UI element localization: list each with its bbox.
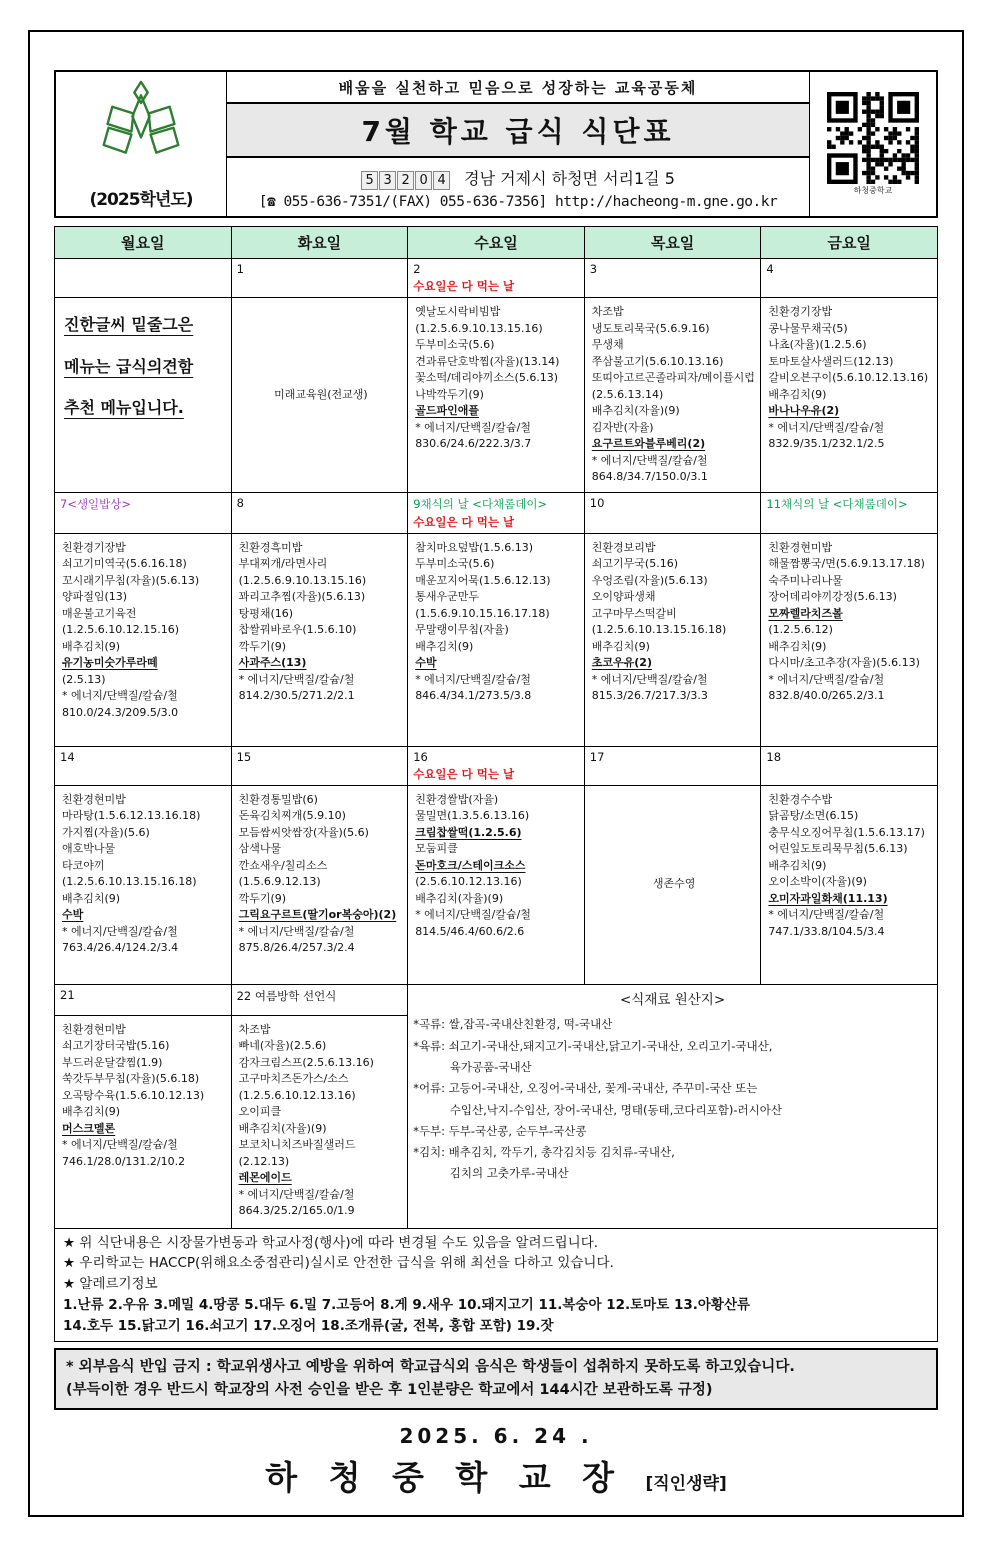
menu-item: * 에너지/단백질/칼슘/철	[415, 420, 580, 437]
origin-title: <식재료 원산지>	[413, 988, 932, 1013]
date-row: 7<생일밥상>89채식의 날 <다채롬데이>수요일은 다 먹는 날1011채식의…	[55, 492, 938, 533]
menu-item: 나쵸(자율)(1.2.5.6)	[768, 337, 933, 354]
postal-code: 53204	[361, 169, 451, 190]
menu-row: 친환경현미밥마라탕(1.5.6.12.13.16.18)가지찜(자율)(5.6)…	[55, 785, 938, 984]
menu-cell: 친환경현미밥마라탕(1.5.6.12.13.16.18)가지찜(자율)(5.6)…	[55, 785, 232, 984]
postal-digit: 0	[415, 171, 432, 190]
menu-cell: 친환경기장밥쇠고기미역국(5.6.16.18)꼬시래기무침(자율)(5.6.13…	[55, 533, 232, 746]
menu-item: 친환경현미밥	[768, 540, 933, 557]
menu-item: 옛날도시락비빔밥(1.2.5.6.9.10.13.15.16)	[415, 304, 580, 337]
origin-line: *두부: 두부-국산콩, 순두부-국산콩	[413, 1121, 932, 1142]
menu-cell: 참치마요덮밥(1.5.6.13)두부미소국(5.6)매운꼬지어묵(1.5.6.1…	[408, 533, 585, 746]
menu-item: 우엉조림(자율)(5.6.13)	[592, 573, 757, 590]
menu-item: * 에너지/단백질/칼슘/철	[415, 907, 580, 924]
menu-item: 차조밥	[239, 1022, 404, 1039]
menu-item: 832.8/40.0/265.2/3.1	[768, 688, 933, 705]
menu-item: * 에너지/단백질/칼슘/철	[62, 1137, 227, 1154]
menu-item: 물밀면(1.3.5.6.13.16)	[415, 808, 580, 825]
menu-item: 다시마/초고추장(자율)(5.6.13)	[768, 655, 933, 672]
header-center: 배움을 실천하고 믿음으로 성장하는 교육공동체 7월 학교 급식 식단표 53…	[227, 72, 809, 216]
date-cell: 18	[761, 746, 938, 785]
menu-item: * 에너지/단백질/칼슘/철	[239, 924, 404, 941]
menu-cell: 친환경보리밥쇠고기무국(5.16)우엉조림(자율)(5.6.13)오이양파생채고…	[584, 533, 761, 746]
menu-item: * 에너지/단백질/칼슘/철	[62, 924, 227, 941]
menu-item: 가지찜(자율)(5.6)	[62, 825, 227, 842]
menu-item: 탕평채(16)	[239, 606, 404, 623]
recommended-menu-item: 모짜렐라치즈볼	[768, 606, 933, 623]
date-cell: 16수요일은 다 먹는 날	[408, 746, 585, 785]
menu-item: * 에너지/단백질/칼슘/철	[768, 420, 933, 437]
menu-item: 815.3/26.7/217.3/3.3	[592, 688, 757, 705]
postal-digit: 5	[361, 171, 378, 190]
menu-item: * 에너지/단백질/칼슘/철	[239, 672, 404, 689]
menu-item: 돈육김치찌개(5.9.10)	[239, 808, 404, 825]
menu-item: 차조밥	[592, 304, 757, 321]
recommended-menu-item: 수박	[62, 907, 227, 924]
menu-item: 배추김치(9)	[62, 1104, 227, 1121]
menu-item: 해물짬뽕국/면(5.6.9.13.17.18)	[768, 556, 933, 573]
menu-cell: 차조밥빠네(자율)(2.5.6)감자크림스프(2.5.6.13.16)고구마치즈…	[231, 1015, 408, 1228]
eat-all-day-note: 수요일은 다 먹는 날	[413, 278, 579, 294]
menu-item: 견과류단호박찜(자율)(13.14)	[415, 354, 580, 371]
date-cell: 11채식의 날 <다채롬데이>	[761, 492, 938, 533]
date-cell: 4	[761, 259, 938, 298]
recommended-menu-item: 그릭요구르트(딸기or복숭아)(2)	[239, 907, 404, 924]
menu-item: 빠네(자율)(2.5.6)	[239, 1038, 404, 1055]
menu-item: 배추김치(9)	[592, 639, 757, 656]
logo-cell: (2025학년도)	[56, 72, 227, 216]
origin-line: 수입산,낙지-수입산, 장어-국내산, 명태(동태,코다리포함)-러시아산	[413, 1100, 932, 1121]
menu-item: 친환경흑미밥	[239, 540, 404, 557]
menu-item: 매운불고기육전(1.2.5.6.10.12.15.16)	[62, 606, 227, 639]
menu-item: 고구마치즈돈가스/소스(1.2.5.6.10.12.13.16)	[239, 1071, 404, 1104]
principal-signature: 하 청 중 학 교 장 [직인생략]	[54, 1452, 938, 1499]
menu-item: 746.1/28.0/131.2/10.2	[62, 1154, 227, 1171]
menu-item: 모둠피클	[415, 841, 580, 858]
date-cell: 2수요일은 다 먹는 날	[408, 259, 585, 298]
menu-row: 진한글씨 밑줄그은메뉴는 급식의견함추천 메뉴입니다. 미래교육원(전교생)옛날…	[55, 298, 938, 493]
school-year-label: (2025학년도)	[89, 185, 192, 210]
menu-item: 깐쇼새우/칠리소스(1.5.6.9.12.13)	[239, 858, 404, 891]
menu-item: 감자크림스프(2.5.6.13.16)	[239, 1055, 404, 1072]
menu-item: 깍두기(9)	[239, 891, 404, 908]
menu-cell: 친환경통밀밥(6)돈육김치찌개(5.9.10)모듬쌈씨앗쌈장(자율)(5.6)삼…	[231, 785, 408, 984]
warning-line-2: (부득이한 경우 반드시 학교장의 사전 승인을 받은 후 1인분량은 학교에서…	[66, 1379, 926, 1402]
signer-name: 하 청 중 학 교 장	[265, 1458, 624, 1497]
menu-item: 깍두기(9)	[239, 639, 404, 656]
menu-item: 매운꼬지어묵(1.5.6.12.13)	[415, 573, 580, 590]
note-line: 14.호두 15.닭고기 16.쇠고기 17.오징어 18.조개류(굴, 전복,…	[63, 1316, 929, 1337]
date-cell: 3	[584, 259, 761, 298]
menu-cell: 친환경현미밥해물짬뽕국/면(5.6.9.13.17.18)숙주미나리나물장어데리…	[761, 533, 938, 746]
menu-item: 친환경수수밥	[768, 792, 933, 809]
menu-item: 814.5/46.4/60.6/2.6	[415, 924, 580, 941]
origin-line: 육가공품-국내산	[413, 1057, 932, 1078]
menu-item: 타코야끼(1.2.5.6.10.13.15.16.18)	[62, 858, 227, 891]
menu-item: 배추김치(9)	[768, 639, 933, 656]
note-line: ★ 알레르기정보	[63, 1274, 929, 1295]
recommended-menu-item: 수박	[415, 655, 580, 672]
menu-item: * 에너지/단백질/칼슘/철	[592, 453, 757, 470]
origin-info-cell: <식재료 원산지>*곡류: 쌀,잡곡-국내산친환경, 떡-국내산*육류: 쇠고기…	[408, 984, 938, 1228]
day-header-wed: 수요일	[408, 227, 585, 259]
date-cell: 17	[584, 746, 761, 785]
menu-item: 오이소박이(자율)(9)	[768, 874, 933, 891]
menu-item: * 에너지/단백질/칼슘/철	[768, 907, 933, 924]
menu-item: 무생채	[592, 337, 757, 354]
menu-item: 쇠고기미역국(5.6.16.18)	[62, 556, 227, 573]
origin-line: 김치의 고춧가루-국내산	[413, 1163, 932, 1184]
date-cell	[55, 259, 232, 298]
origin-line: *육류: 쇠고기-국내산,돼지고기-국내산,닭고기-국내산, 오리고기-국내산,	[413, 1036, 932, 1057]
menu-item: 두부미소국(5.6)	[415, 337, 580, 354]
menu-item: 마라탕(1.5.6.12.13.16.18)	[62, 808, 227, 825]
menu-item: 통새우군만두(1.5.6.9.10.15.16.17.18)	[415, 589, 580, 622]
menu-item: 쭈삼불고기(5.6.10.13.16)	[592, 354, 757, 371]
qr-cell: 하청중학교	[809, 72, 936, 216]
menu-item: 763.4/26.4/124.2/3.4	[62, 940, 227, 957]
postal-digit: 3	[379, 171, 396, 190]
header: (2025학년도) 배움을 실천하고 믿음으로 성장하는 교육공동체 7월 학교…	[54, 70, 938, 218]
menu-cell: 친환경흑미밥부대찌개/라면사리(1.2.5.6.9.10.13.15.16)꽈리…	[231, 533, 408, 746]
menu-item: 콩나물무채국(5)	[768, 321, 933, 338]
menu-cell: 친환경현미밥쇠고기장터국밥(5.16)부드러운달걀찜(1.9)쑥갓두부무침(자율…	[55, 1015, 232, 1228]
issue-date: 2025. 6. 24 .	[54, 1424, 938, 1448]
date-cell: 8	[231, 492, 408, 533]
menu-item: 꽈리고추찜(자율)(5.6.13)	[239, 589, 404, 606]
menu-item: 배추김치(9)	[62, 639, 227, 656]
menu-item: 모듬쌈씨앗쌈장(자율)(5.6)	[239, 825, 404, 842]
menu-item: 오이피클	[239, 1104, 404, 1121]
menu-item: * 에너지/단백질/칼슘/철	[62, 688, 227, 705]
recommended-menu-item: 요구르트와블루베리(2)	[592, 436, 757, 453]
menu-item: 810.0/24.3/209.5/3.0	[62, 705, 227, 722]
note-line: ★ 우리학교는 HACCP(위해요소중점관리)실시로 안전한 급식을 위해 최선…	[63, 1253, 929, 1274]
seal-omitted-note: [직인생략]	[645, 1474, 726, 1494]
legend-cell: 진한글씨 밑줄그은메뉴는 급식의견함추천 메뉴입니다.	[55, 298, 232, 493]
menu-item: 무말랭이무침(자율)	[415, 622, 580, 639]
postal-digit: 2	[397, 171, 414, 190]
date-row: 141516수요일은 다 먹는 날1718	[55, 746, 938, 785]
menu-item: (2.5.6.10.12.13.16)	[415, 874, 580, 891]
date-cell: 9채식의 날 <다채롬데이>수요일은 다 먹는 날	[408, 492, 585, 533]
recommended-menu-item: 머스크멜론	[62, 1121, 227, 1138]
menu-item: 갈비오븐구이(5.6.10.12.13.16)	[768, 370, 933, 387]
recommended-menu-item: 초코우유(2)	[592, 655, 757, 672]
menu-item: 친환경현미밥	[62, 1022, 227, 1039]
footer: 2025. 6. 24 . 하 청 중 학 교 장 [직인생략]	[54, 1424, 938, 1499]
menu-item: 김자반(자율)	[592, 420, 757, 437]
menu-item: 친환경기장밥	[768, 304, 933, 321]
eat-all-day-note: 수요일은 다 먹는 날	[413, 514, 579, 530]
menu-item: 부대찌개/라면사리(1.2.5.6.9.10.13.15.16)	[239, 556, 404, 589]
menu-item: 846.4/34.1/273.5/3.8	[415, 688, 580, 705]
date-cell: 1	[231, 259, 408, 298]
menu-item: * 에너지/단백질/칼슘/철	[768, 672, 933, 689]
day-header-thu: 목요일	[584, 227, 761, 259]
origin-line: *어류: 고등어-국내산, 오징어-국내산, 꽃게-국내산, 주꾸미-국산 또는	[413, 1078, 932, 1099]
menu-item: 쇠고기장터국밥(5.16)	[62, 1038, 227, 1055]
menu-item: * 에너지/단백질/칼슘/철	[415, 672, 580, 689]
recommended-menu-item: 사과주스(13)	[239, 655, 404, 672]
qr-code-icon	[827, 92, 919, 184]
day-header-tue: 화요일	[231, 227, 408, 259]
recommended-menu-item: 크림찹쌀떡(1.2.5.6)	[415, 825, 580, 842]
menu-item: 장어데리야끼강정(5.6.13)	[768, 589, 933, 606]
notes-cell: ★ 위 식단내용은 시장물가변동과 학교사정(행사)에 따라 변경될 수도 있음…	[55, 1228, 938, 1342]
menu-item: 친환경현미밥	[62, 792, 227, 809]
slogan-text: 배움을 실천하고 믿음으로 성장하는 교육공동체	[227, 72, 809, 102]
menu-cell: 친환경기장밥콩나물무채국(5)나쵸(자율)(1.2.5.6)토마토살사샐러드(1…	[761, 298, 938, 493]
note-line: 1.난류 2.우유 3.메밀 4.땅콩 5.대두 6.밀 7.고등어 8.게 9…	[63, 1295, 929, 1316]
date-cell: 22 여름방학 선언식	[231, 984, 408, 1015]
date-cell: 7<생일밥상>	[55, 492, 232, 533]
menu-item: 864.3/25.2/165.0/1.9	[239, 1203, 404, 1220]
menu-item: 친환경통밀밥(6)	[239, 792, 404, 809]
date-row: 12수요일은 다 먹는 날34	[55, 259, 938, 298]
menu-item: 나박깍두기(9)	[415, 387, 580, 404]
menu-item: 충무식오징어무침(1.5.6.13.17)	[768, 825, 933, 842]
menu-item: 배추김치(9)	[768, 858, 933, 875]
menu-item: 864.8/34.7/150.0/3.1	[592, 469, 757, 486]
menu-item: 닭곰탕/소면(6.15)	[768, 808, 933, 825]
menu-item: 또띠아고르곤졸라피자/메이플시럽(2.5.6.13.14)	[592, 370, 757, 403]
menu-item: 두부미소국(5.6)	[415, 556, 580, 573]
menu-item: 배추김치(9)	[415, 639, 580, 656]
menu-item: 배추김치(9)	[768, 387, 933, 404]
menu-item: 친환경쌀밥(자율)	[415, 792, 580, 809]
menu-item: 찹쌀꿔바로우(1.5.6.10)	[239, 622, 404, 639]
recommended-menu-item: 골드파인애플	[415, 403, 580, 420]
day-header-row: 월요일 화요일 수요일 목요일 금요일	[55, 227, 938, 259]
origin-line: *김치: 배추김치, 깍두기, 총각김치등 김치류-국내산,	[413, 1142, 932, 1163]
warning-box: * 외부음식 반입 금지 : 학교위생사고 예방을 위하여 학교급식외 음식은 …	[54, 1348, 938, 1410]
contact-line: [☎ 055-636-7351/(FAX) 055-636-7356] http…	[227, 192, 809, 216]
menu-cell: 차조밥냉도토리묵국(5.6.9.16)무생채쭈삼불고기(5.6.10.13.16…	[584, 298, 761, 493]
menu-item: 꽃소떡/데리야끼소스(5.6.13)	[415, 370, 580, 387]
date-cell: 10	[584, 492, 761, 533]
menu-item: * 에너지/단백질/칼슘/철	[592, 672, 757, 689]
address-text: 경남 거제시 하청면 서리1길 5	[464, 169, 675, 188]
date-cell: 14	[55, 746, 232, 785]
menu-item: 친환경기장밥	[62, 540, 227, 557]
note-line: ★ 위 식단내용은 시장물가변동과 학교사정(행사)에 따라 변경될 수도 있음…	[63, 1233, 929, 1254]
menu-item: 747.1/33.8/104.5/3.4	[768, 924, 933, 941]
menu-item: 814.2/30.5/271.2/2.1	[239, 688, 404, 705]
event-cell: 미래교육원(전교생)	[231, 298, 408, 493]
menu-item: 토마토살사샐러드(12.13)	[768, 354, 933, 371]
menu-item: 꼬시래기무침(자율)(5.6.13)	[62, 573, 227, 590]
event-cell: 생존수영	[584, 785, 761, 984]
date-row: 2122 여름방학 선언식<식재료 원산지>*곡류: 쌀,잡곡-국내산친환경, …	[55, 984, 938, 1015]
school-logo-icon	[93, 80, 189, 166]
warning-line-1: * 외부음식 반입 금지 : 학교위생사고 예방을 위하여 학교급식외 음식은 …	[66, 1356, 926, 1379]
recommended-menu-item: 바나나우유(2)	[768, 403, 933, 420]
date-cell: 21	[55, 984, 232, 1015]
menu-item: 애호박나물	[62, 841, 227, 858]
menu-item: 삼색나물	[239, 841, 404, 858]
menu-item: 오곡탕수육(1.5.6.10.12.13)	[62, 1088, 227, 1105]
menu-item: 참치마요덮밥(1.5.6.13)	[415, 540, 580, 557]
menu-item: 배추김치(자율)(9)	[415, 891, 580, 908]
menu-item: 배추김치(9)	[62, 891, 227, 908]
menu-item: 쑥갓두부무침(자율)(5.6.18)	[62, 1071, 227, 1088]
menu-item: 배추김치(자율)(9)	[239, 1121, 404, 1138]
day-header-fri: 금요일	[761, 227, 938, 259]
menu-cell: 친환경쌀밥(자율)물밀면(1.3.5.6.13.16)크림찹쌀떡(1.2.5.6…	[408, 785, 585, 984]
recommended-menu-item: 오미자과일화채(11.13)	[768, 891, 933, 908]
menu-item: (2.5.13)	[62, 672, 227, 689]
menu-item: 832.9/35.1/232.1/2.5	[768, 436, 933, 453]
recommended-menu-item: 돈마호크/스테이크소스	[415, 858, 580, 875]
recommended-menu-item: 레몬에이드	[239, 1170, 404, 1187]
address-line: 53204 경남 거제시 하청면 서리1길 5	[227, 158, 809, 192]
origin-line: *곡류: 쌀,잡곡-국내산친환경, 떡-국내산	[413, 1014, 932, 1035]
menu-item: 어린잎도토리묵무침(5.6.13)	[768, 841, 933, 858]
menu-item: 830.6/24.6/222.3/3.7	[415, 436, 580, 453]
menu-item: 보코치니치즈바질샐러드(2.12.13)	[239, 1137, 404, 1170]
qr-caption: 하청중학교	[854, 185, 893, 196]
menu-item: 양파절임(13)	[62, 589, 227, 606]
menu-item: 숙주미나리나물	[768, 573, 933, 590]
date-cell: 15	[231, 746, 408, 785]
menu-item: 배추김치(자율)(9)	[592, 403, 757, 420]
menu-item: (1.2.5.6.12)	[768, 622, 933, 639]
menu-item: 오이양파생채	[592, 589, 757, 606]
menu-item: 부드러운달걀찜(1.9)	[62, 1055, 227, 1072]
postal-digit: 4	[433, 171, 450, 190]
menu-item: 고구마무스떡갈비(1.2.5.6.10.13.15.16.18)	[592, 606, 757, 639]
menu-row: 친환경기장밥쇠고기미역국(5.6.16.18)꼬시래기무침(자율)(5.6.13…	[55, 533, 938, 746]
eat-all-day-note: 수요일은 다 먹는 날	[413, 766, 579, 782]
menu-item: 쇠고기무국(5.16)	[592, 556, 757, 573]
document-sheet: (2025학년도) 배움을 실천하고 믿음으로 성장하는 교육공동체 7월 학교…	[28, 30, 964, 1517]
menu-item: * 에너지/단백질/칼슘/철	[239, 1187, 404, 1204]
menu-table: 월요일 화요일 수요일 목요일 금요일 12수요일은 다 먹는 날34진한글씨 …	[54, 226, 938, 1342]
menu-item: 냉도토리묵국(5.6.9.16)	[592, 321, 757, 338]
recommended-menu-item: 유기농미숫가루라떼	[62, 655, 227, 672]
menu-item: 875.8/26.4/257.3/2.4	[239, 940, 404, 957]
menu-cell: 옛날도시락비빔밥(1.2.5.6.9.10.13.15.16)두부미소국(5.6…	[408, 298, 585, 493]
menu-cell: 친환경수수밥닭곰탕/소면(6.15)충무식오징어무침(1.5.6.13.17)어…	[761, 785, 938, 984]
page-title: 7월 학교 급식 식단표	[227, 102, 809, 158]
menu-item: 친환경보리밥	[592, 540, 757, 557]
day-header-mon: 월요일	[55, 227, 232, 259]
